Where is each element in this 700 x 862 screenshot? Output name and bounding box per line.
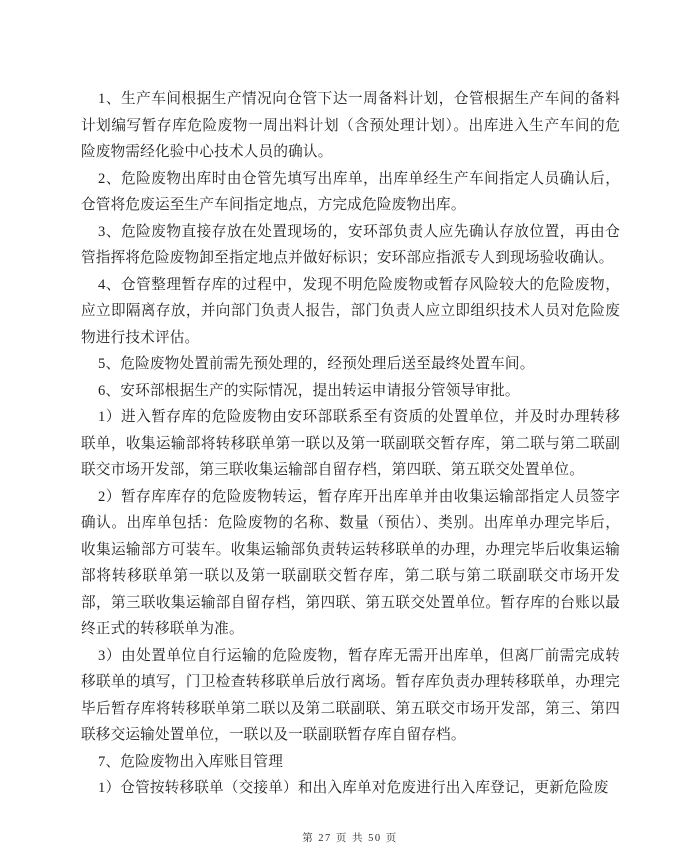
paragraph: 3、危险废物直接存放在处置现场的，安环部负责人应先确认存放位置，再由仓管指挥将危…	[81, 219, 620, 272]
document-body: 1、生产车间根据生产情况向仓管下达一周备料计划，仓管根据生产车间的备料计划编写暂…	[81, 86, 620, 802]
paragraph: 7、危险废物出入库账目管理	[81, 749, 620, 776]
page-footer: 第 27 页 共 50 页	[0, 830, 700, 845]
paragraph: 5、危险废物处置前需先预处理的，经预处理后送至最终处置车间。	[81, 351, 620, 378]
paragraph: 4、仓管整理暂存库的过程中，发现不明危险废物或暂存风险较大的危险废物，应立即隔离…	[81, 272, 620, 352]
paragraph: 1）仓管按转移联单（交接单）和出入库单对危废进行出入库登记，更新危险废	[81, 775, 620, 802]
paragraph: 2）暂存库库存的危险废物转运，暂存库开出库单并由收集运输部指定人员签字确认。出库…	[81, 484, 620, 643]
document-page: 1、生产车间根据生产情况向仓管下达一周备料计划，仓管根据生产车间的备料计划编写暂…	[0, 0, 700, 862]
paragraph: 2、危险废物出库时由仓管先填写出库单，出库单经生产车间指定人员确认后，仓管将危废…	[81, 166, 620, 219]
paragraph: 3）由处置单位自行运输的危险废物，暂存库无需开出库单，但离厂前需完成转移联单的填…	[81, 643, 620, 749]
paragraph: 1）进入暂存库的危险废物由安环部联系至有资质的处置单位，并及时办理转移联单，收集…	[81, 404, 620, 484]
paragraph: 6、安环部根据生产的实际情况，提出转运申请报分管领导审批。	[81, 378, 620, 405]
paragraph: 1、生产车间根据生产情况向仓管下达一周备料计划，仓管根据生产车间的备料计划编写暂…	[81, 86, 620, 166]
